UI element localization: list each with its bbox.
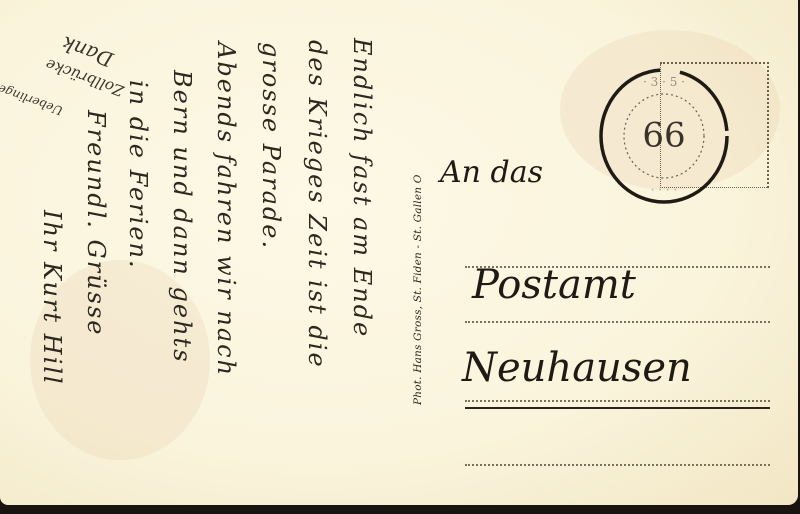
address-rule	[465, 464, 770, 466]
address-line-1: An das	[440, 155, 543, 190]
address-rule	[465, 400, 770, 402]
address-rule	[465, 321, 770, 323]
message-line-8: Ihr Kurt Hill	[38, 210, 66, 386]
address-line-2: Postamt	[472, 262, 636, 308]
message-line-5: Bern und dann gehts	[168, 70, 196, 364]
message-line-1: Endlich fast am Ende	[348, 38, 376, 338]
message-line-3: grosse Parade.	[257, 42, 285, 250]
address-line-3: Neuhausen	[462, 345, 692, 391]
photographer-imprint: Phot. Hans Gross, St. Fiden - St. Gallen…	[412, 174, 424, 405]
message-line-2: des Krieges Zeit ist die	[303, 40, 331, 369]
postmark-icon: 99 · 3 · 5 · · · · ·	[596, 66, 732, 206]
address-underline	[465, 407, 770, 409]
svg-text:99: 99	[642, 113, 685, 153]
side-note-line-3: Ueberlingen	[0, 79, 65, 118]
postcard-back: Endlich fast am Ende des Krieges Zeit is…	[0, 0, 798, 505]
svg-text:· 3 · 5 ·: · 3 · 5 ·	[643, 75, 685, 89]
message-line-7: Freundl. Grüsse	[82, 110, 110, 336]
message-line-6: in die Ferien.	[124, 80, 152, 270]
message-line-4: Abends fahren wir nach	[212, 42, 240, 377]
svg-text:· · · ·: · · · ·	[651, 183, 678, 197]
